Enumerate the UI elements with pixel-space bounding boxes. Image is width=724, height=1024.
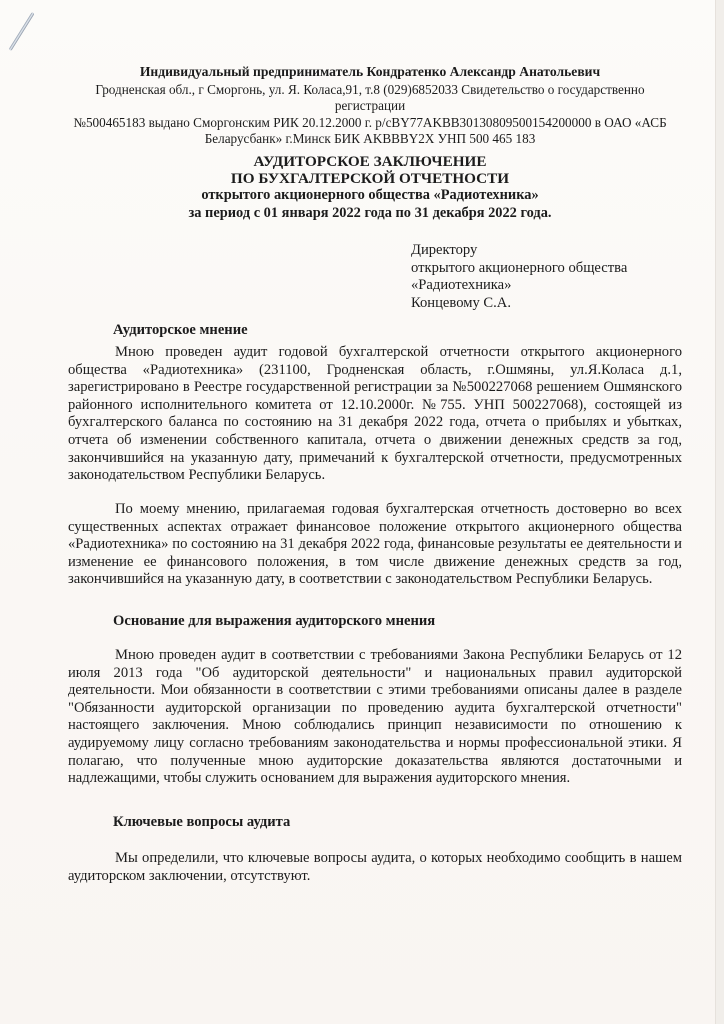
addressee-line-1: Директору	[411, 242, 671, 260]
addressee-block: Директору открытого акционерного обществ…	[411, 242, 671, 312]
paragraph-audit-scope: Мною проведен аудит годовой бухгалтерско…	[68, 344, 682, 485]
addressee-line-2: открытого акционерного общества	[411, 260, 671, 278]
letterhead-line-2: №500465183 выдано Сморгонским РИК 20.12.…	[60, 115, 680, 132]
staple-mark-icon	[9, 12, 35, 51]
section-heading-audit-opinion: Аудиторское мнение	[113, 322, 248, 339]
entrepreneur-name: Индивидуальный предприниматель Кондратен…	[60, 64, 680, 81]
title-line-2: ПО БУХГАЛТЕРСКОЙ ОТЧЕТНОСТИ	[100, 170, 640, 187]
paragraph-opinion: По моему мнению, прилагаемая годовая бух…	[68, 501, 682, 589]
title-line-3: открытого акционерного общества «Радиоте…	[100, 187, 640, 205]
document-title: АУДИТОРСКОЕ ЗАКЛЮЧЕНИЕ ПО БУХГАЛТЕРСКОЙ …	[100, 153, 640, 222]
section-heading-key-audit-matters: Ключевые вопросы аудита	[113, 814, 290, 831]
title-line-4: за период с 01 января 2022 года по 31 де…	[100, 205, 640, 223]
section-heading-basis-for-opinion: Основание для выражения аудиторского мне…	[113, 613, 435, 630]
paragraph-key-audit-matters: Мы определили, что ключевые вопросы ауди…	[68, 850, 682, 885]
addressee-line-4: Концевому С.А.	[411, 295, 671, 313]
scanned-page: Индивидуальный предприниматель Кондратен…	[0, 0, 724, 1024]
letterhead-line-1: Гродненская обл., г Сморгонь, ул. Я. Кол…	[60, 82, 680, 115]
addressee-line-3: «Радиотехника»	[411, 277, 671, 295]
letterhead: Индивидуальный предприниматель Кондратен…	[60, 64, 680, 148]
title-line-1: АУДИТОРСКОЕ ЗАКЛЮЧЕНИЕ	[100, 153, 640, 170]
paragraph-basis: Мною проведен аудит в соответствии с тре…	[68, 647, 682, 788]
page-edge	[715, 0, 724, 1024]
letterhead-line-3: Беларусбанк» г.Минск БИК AKBBBY2X УНП 50…	[60, 131, 680, 148]
